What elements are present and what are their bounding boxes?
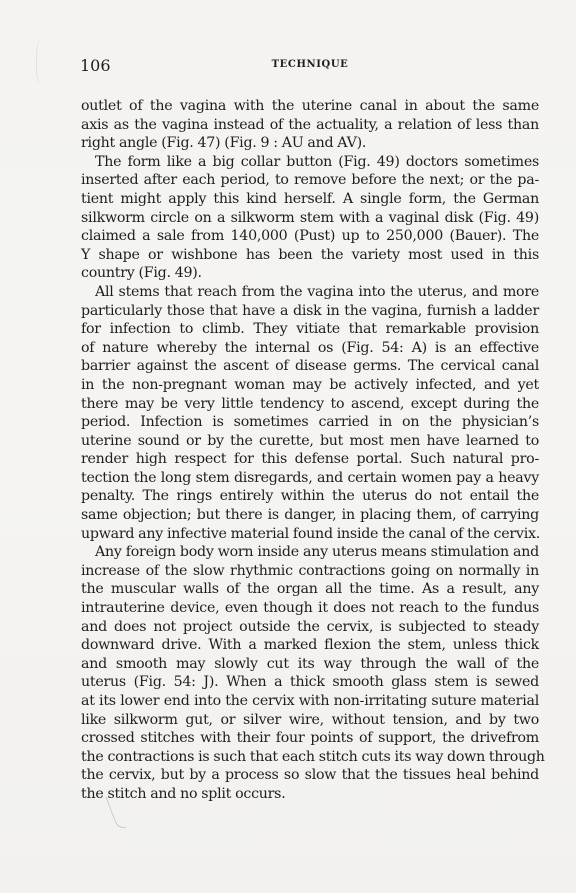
text-line: the cervix, but by a process so slow tha… <box>81 766 539 785</box>
text-line: All stems that reach from the vagina int… <box>81 283 539 302</box>
text-line: barrier against the ascent of disease ge… <box>81 357 539 376</box>
text-line: period. Infection is sometimes carried i… <box>81 413 539 432</box>
paragraph: The form like a big collar button (Fig. … <box>81 153 539 283</box>
paragraph: outlet of the vagina with the uterine ca… <box>81 97 539 153</box>
text-line: tient might apply this kind herself. A s… <box>81 190 539 209</box>
paragraph: Any foreign body worn inside any uterus … <box>81 543 539 803</box>
paragraph: All stems that reach from the vagina int… <box>81 283 539 543</box>
text-line: render high respect for this defense por… <box>81 450 539 469</box>
text-line: crossed stitches with their four points … <box>81 729 539 748</box>
text-line: and does not project outside the cervix,… <box>81 618 539 637</box>
text-line: same objection; but there is danger, in … <box>81 506 539 525</box>
text-line: for infection to climb. They vitiate tha… <box>81 320 539 339</box>
text-line: silkworm circle on a silkworm stem with … <box>81 209 539 228</box>
text-line: intrauterine device, even though it does… <box>81 599 539 618</box>
text-line: the stitch and no split occurs. <box>81 785 539 804</box>
text-line: inserted after each period, to remove be… <box>81 171 539 190</box>
text-line: downward drive. With a marked flexion th… <box>81 636 539 655</box>
text-line: of nature whereby the internal os (Fig. … <box>81 339 539 358</box>
text-line: like silkworm gut, or silver wire, witho… <box>81 711 539 730</box>
text-line: particularly those that have a disk in t… <box>81 302 539 321</box>
text-line: increase of the slow rhythmic contractio… <box>81 562 539 581</box>
text-line: uterine sound or by the curette, but mos… <box>81 432 539 451</box>
text-line: penalty. The rings entirely within the u… <box>81 487 539 506</box>
text-line: right angle (Fig. 47) (Fig. 9 : AU and A… <box>81 134 539 153</box>
text-line: tection the long stem disregards, and ce… <box>81 469 539 488</box>
page-blemish <box>36 40 47 85</box>
book-page: 106 TECHNIQUE outlet of the vagina with … <box>0 0 576 893</box>
text-line: the contractions is such that each stitc… <box>81 748 539 767</box>
text-line: outlet of the vagina with the uterine ca… <box>81 97 539 116</box>
text-line: claimed a sale from 140,000 (Pust) up to… <box>81 227 539 246</box>
text-line: uterus (Fig. 54: J). When a thick smooth… <box>81 673 539 692</box>
text-line: Any foreign body worn inside any uterus … <box>81 543 539 562</box>
text-line: there may be very little tendency to asc… <box>81 395 539 414</box>
text-line: axis as the vagina instead of the actual… <box>81 116 539 135</box>
text-line: upward any infective material found insi… <box>81 525 539 544</box>
text-line: the muscular walls of the organ all the … <box>81 580 539 599</box>
text-line: Y shape or wishbone has been the variety… <box>81 246 539 265</box>
body-text: outlet of the vagina with the uterine ca… <box>81 97 539 804</box>
text-line: country (Fig. 49). <box>81 264 539 283</box>
text-line: in the non-pregnant woman may be activel… <box>81 376 539 395</box>
text-line: at its lower end into the cervix with no… <box>81 692 539 711</box>
page-header: 106 TECHNIQUE <box>80 56 540 78</box>
running-head: TECHNIQUE <box>80 59 540 70</box>
text-line: The form like a big collar button (Fig. … <box>81 153 539 172</box>
text-line: and smooth may slowly cut its way throug… <box>81 655 539 674</box>
